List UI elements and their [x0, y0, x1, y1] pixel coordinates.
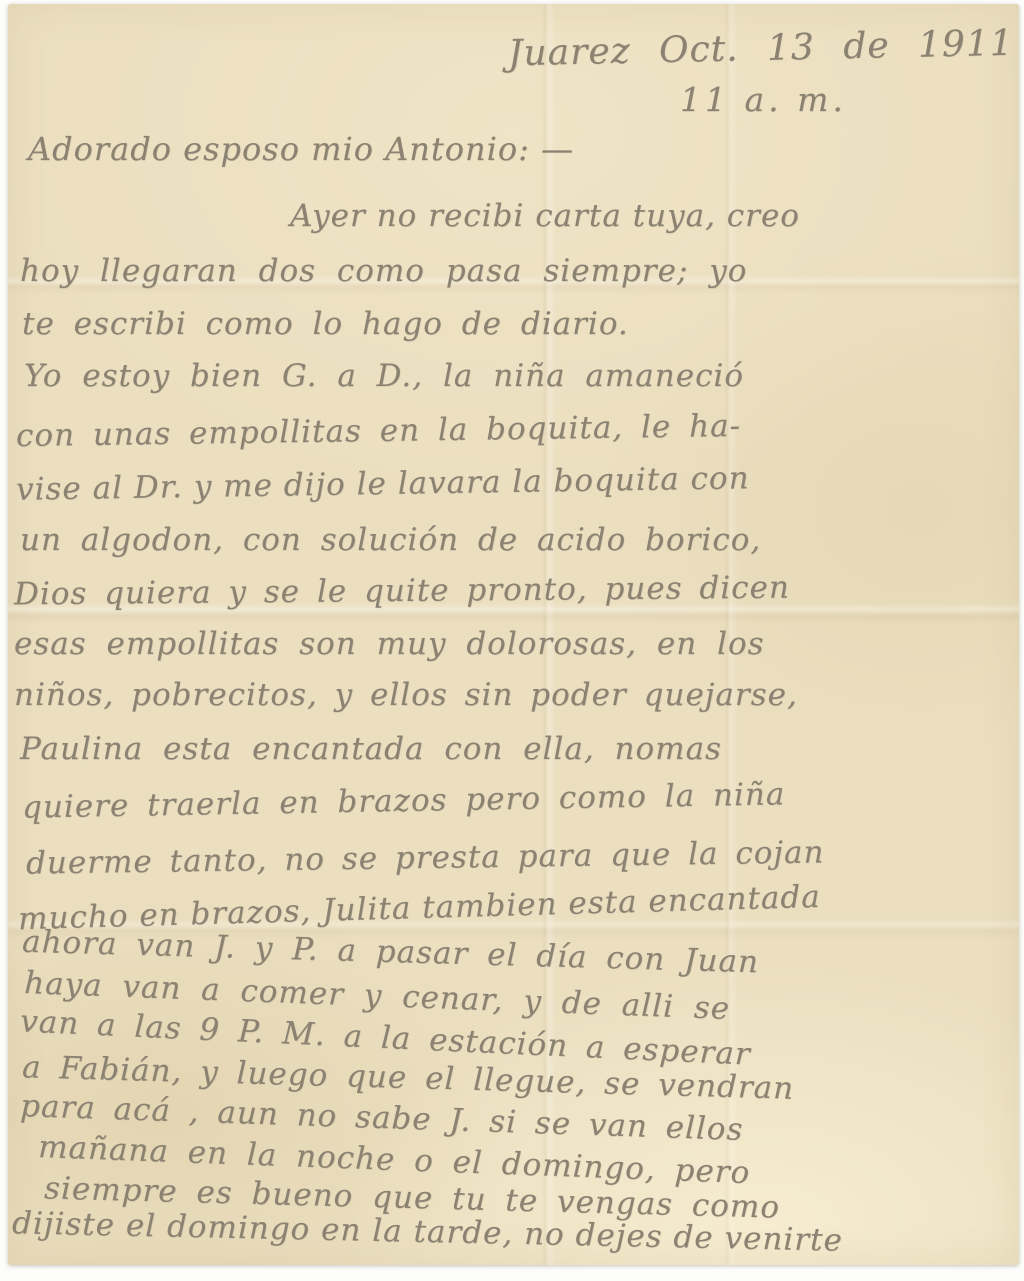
letter-line: duerme tanto, no se presta para que la c…	[26, 834, 825, 881]
dateline-time: 11 a. m.	[680, 80, 847, 119]
salutation: Adorado esposo mio Antonio: —	[28, 130, 574, 168]
letter-page: Juarez Oct. 13 de 1911 11 a. m. Adorado …	[8, 4, 1019, 1265]
dateline-place-date: Juarez Oct. 13 de 1911	[508, 23, 1014, 75]
letter-line: Ayer no recibi carta tuya, creo	[290, 198, 800, 234]
letter-line: con unas empollitas en la boquita, le ha…	[16, 408, 741, 454]
letter-line: te escribi como lo hago de diario.	[22, 306, 629, 342]
letter-line: niños, pobrecitos, y ellos sin poder que…	[14, 677, 798, 713]
letter-scan: Juarez Oct. 13 de 1911 11 a. m. Adorado …	[0, 0, 1024, 1281]
letter-line: esas empollitas son muy dolorosas, en lo…	[14, 626, 765, 662]
letter-line: vise al Dr. y me dijo le lavara la boqui…	[16, 460, 750, 508]
letter-line: un algodon, con solución de acido borico…	[20, 522, 761, 558]
letter-line: Dios quiera y se le quite pronto, pues d…	[14, 570, 790, 613]
letter-line: Paulina esta encantada con ella, nomas	[20, 731, 722, 767]
letter-line: Yo estoy bien G. a D., la niña amaneció	[24, 358, 744, 394]
letter-line: quiere traerla en brazos pero como la ni…	[22, 776, 786, 825]
letter-line: hoy llegaran dos como pasa siempre; yo	[20, 253, 747, 289]
